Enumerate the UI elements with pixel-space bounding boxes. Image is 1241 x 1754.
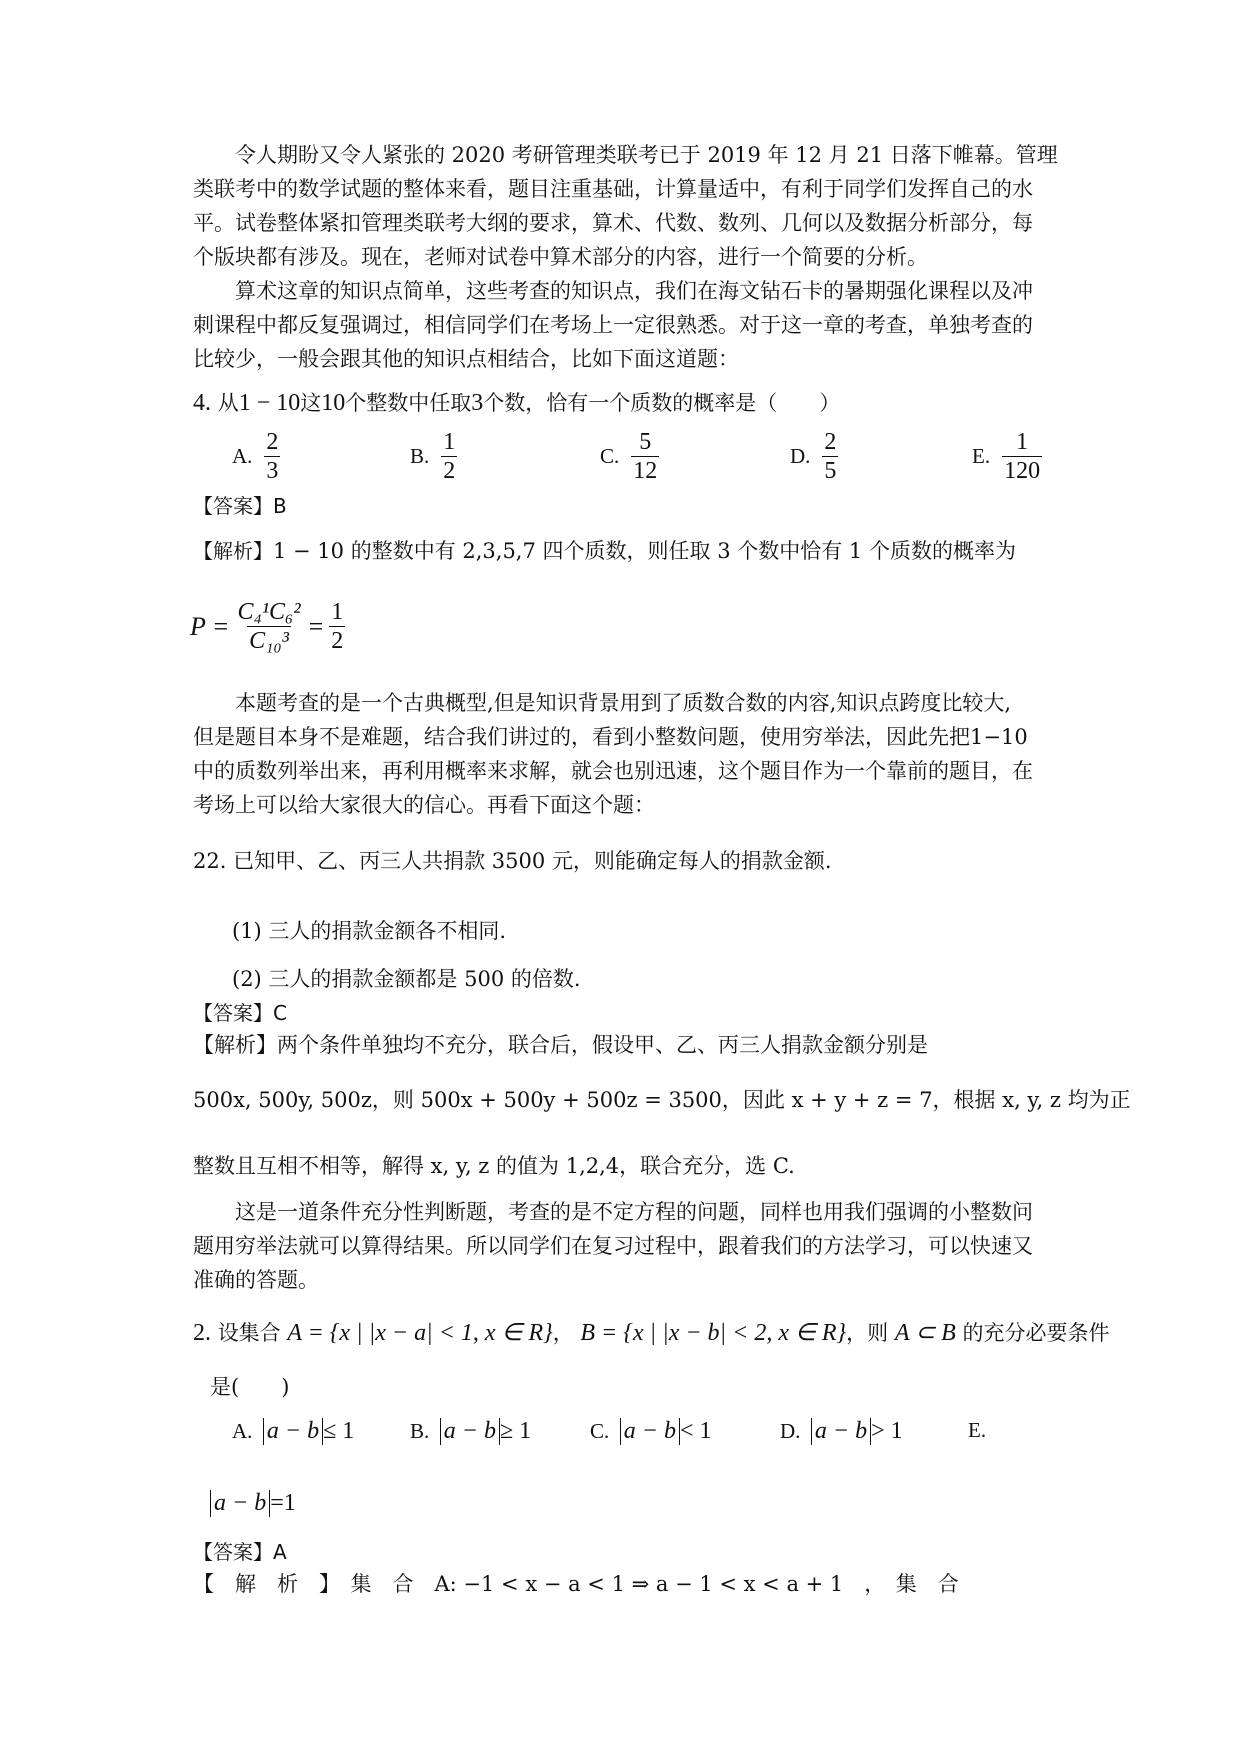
intro-p1-line2: 类联考中的数学试题的整体来看，题目注重基础，计算量适中，有利于同学们发挥自己的水 bbox=[193, 173, 1053, 205]
fraction: 512 bbox=[631, 428, 659, 485]
q4-option-b: B. 12 bbox=[410, 428, 457, 485]
q4-answer: 【答案】B bbox=[193, 490, 1053, 522]
fraction: 25 bbox=[822, 428, 838, 485]
comment1-line3: 中的质数列举出来，再利用概率来求解，就会也别迅速，这个题目作为一个靠前的题目，在 bbox=[193, 755, 1053, 787]
q22-stem: 22. 已知甲、乙、丙三人共捐款 3500 元，则能确定每人的捐款金额. bbox=[193, 845, 1053, 877]
intro-p1-line4: 个版块都有涉及。现在，老师对试卷中算术部分的内容，进行一个简要的分析。 bbox=[193, 241, 1053, 273]
q22-analysis-line1: 【解析】两个条件单独均不充分，联合后，假设甲、乙、丙三人捐款金额分别是 bbox=[193, 1029, 1053, 1061]
q22-analysis-line2: 500x, 500y, 500z，则 500x + 500y + 500z = … bbox=[193, 1084, 1053, 1116]
q2-stem: 2. 设集合 A = {x | |x − a| < 1, x ∈ R}， B =… bbox=[193, 1317, 1053, 1349]
q2-analysis: 【 解 析 】 集 合 A: −1 < x − a < 1 ⇒ a − 1 < … bbox=[193, 1568, 1053, 1600]
intro-p1-line1: 令人期盼又令人紧张的 2020 考研管理类联考已于 2019 年 12 月 21… bbox=[235, 139, 1053, 171]
q4-option-e: E. 1120 bbox=[972, 428, 1042, 485]
comment1-line1: 本题考查的是一个古典概型,但是知识背景用到了质数合数的内容,知识点跨度比较大, bbox=[235, 687, 1053, 719]
q4-option-a: A. 23 bbox=[232, 428, 280, 485]
q4-stem: 4. 从1 − 10这10个整数中任取3个数，恰有一个质数的概率是（ ） bbox=[193, 387, 1053, 419]
q22-analysis-line3: 整数且互相不相等，解得 x, y, z 的值为 1,2,4，联合充分，选 C. bbox=[193, 1150, 1053, 1182]
q4-formula: P = C₄¹C₆²C₁₀³ = 12 bbox=[190, 598, 345, 655]
q22-condition-1: (1) 三人的捐款金额各不相同. bbox=[232, 915, 1092, 947]
fraction: 23 bbox=[264, 428, 280, 485]
comment2-line2: 题用穷举法就可以算得结果。所以同学们在复习过程中，跟着我们的方法学习，可以快速又 bbox=[193, 1230, 1053, 1262]
q4-option-d: D. 25 bbox=[790, 428, 838, 485]
q2-option-e: E. bbox=[968, 1418, 986, 1443]
comment2-line3: 准确的答题。 bbox=[193, 1264, 1053, 1296]
intro-p2-line1: 算术这章的知识点简单，这些考查的知识点，我们在海文钻石卡的暑期强化课程以及冲 bbox=[235, 275, 1053, 307]
comment1-line2: 但是题目本身不是难题，结合我们讲过的，看到小整数问题，使用穷举法，因此先把1−1… bbox=[193, 721, 1053, 753]
q22-answer: 【答案】C bbox=[193, 997, 1053, 1029]
intro-p2-line2: 刺课程中都反复强调过，相信同学们在考场上一定很熟悉。对于这一章的考查，单独考查的 bbox=[193, 309, 1053, 341]
q2-option-a: A. a − b≤ 1 bbox=[232, 1418, 354, 1445]
intro-p1-line3: 平。试卷整体紧扣管理类联考大纲的要求，算术、代数、数列、几何以及数据分析部分，每 bbox=[193, 207, 1053, 239]
q2-option-e-value: a − b=1 bbox=[210, 1490, 296, 1517]
q4-option-c: C. 512 bbox=[600, 428, 659, 485]
intro-p2-line3: 比较少，一般会跟其他的知识点相结合，比如下面这道题： bbox=[193, 343, 1053, 375]
q22-condition-2: (2) 三人的捐款金额都是 500 的倍数. bbox=[232, 963, 1092, 995]
q2-option-b: B. a − b≥ 1 bbox=[410, 1418, 531, 1445]
q4-analysis: 【解析】1 − 10 的整数中有 2,3,5,7 四个质数，则任取 3 个数中恰… bbox=[193, 535, 1053, 567]
fraction: 1120 bbox=[1002, 428, 1042, 485]
comment1-line4: 考场上可以给大家很大的信心。再看下面这个题： bbox=[193, 789, 1053, 821]
q2-option-d: D. a − b> 1 bbox=[780, 1418, 903, 1445]
q2-option-c: C. a − b< 1 bbox=[590, 1418, 712, 1445]
q2-answer: 【答案】A bbox=[193, 1536, 1053, 1568]
q2-stem-cont: 是( ) bbox=[210, 1371, 1070, 1403]
document-page: 令人期盼又令人紧张的 2020 考研管理类联考已于 2019 年 12 月 21… bbox=[0, 0, 1241, 1754]
comment2-line1: 这是一道条件充分性判断题，考查的是不定方程的问题，同样也用我们强调的小整数问 bbox=[235, 1196, 1053, 1228]
fraction: 12 bbox=[441, 428, 457, 485]
